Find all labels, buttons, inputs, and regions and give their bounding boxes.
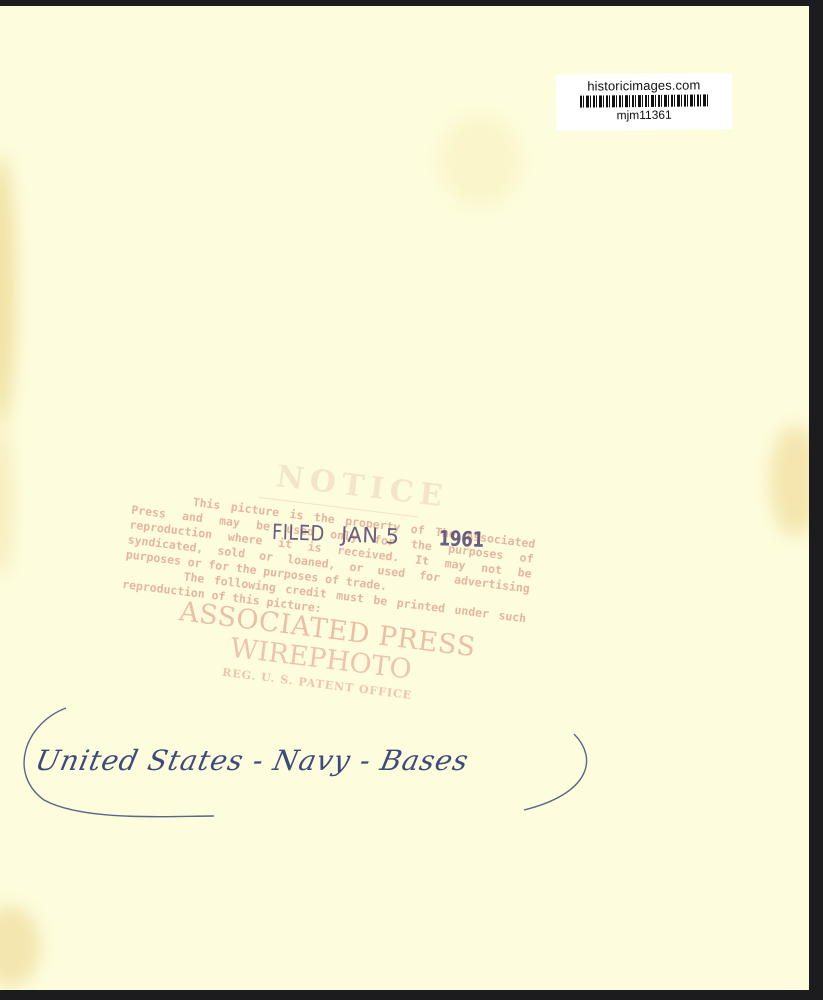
filed-label: FILED xyxy=(272,520,326,546)
age-stain xyxy=(0,906,40,986)
handwritten-note: United States - Navy - Bases xyxy=(14,704,604,824)
barcode-label: historicimages.com mjm11361 xyxy=(556,73,733,131)
age-stain xyxy=(0,426,12,576)
barcode-id-text: mjm11361 xyxy=(556,107,732,123)
barcode-icon xyxy=(580,94,708,107)
filed-year: 1961 xyxy=(438,526,484,552)
age-stain xyxy=(0,156,16,426)
handwritten-note-text: United States - Navy - Bases xyxy=(32,744,471,777)
age-stain xyxy=(440,116,520,206)
barcode-site-text: historicimages.com xyxy=(556,77,732,94)
filed-month-day: JAN 5 xyxy=(341,522,400,548)
age-stain xyxy=(770,426,809,536)
